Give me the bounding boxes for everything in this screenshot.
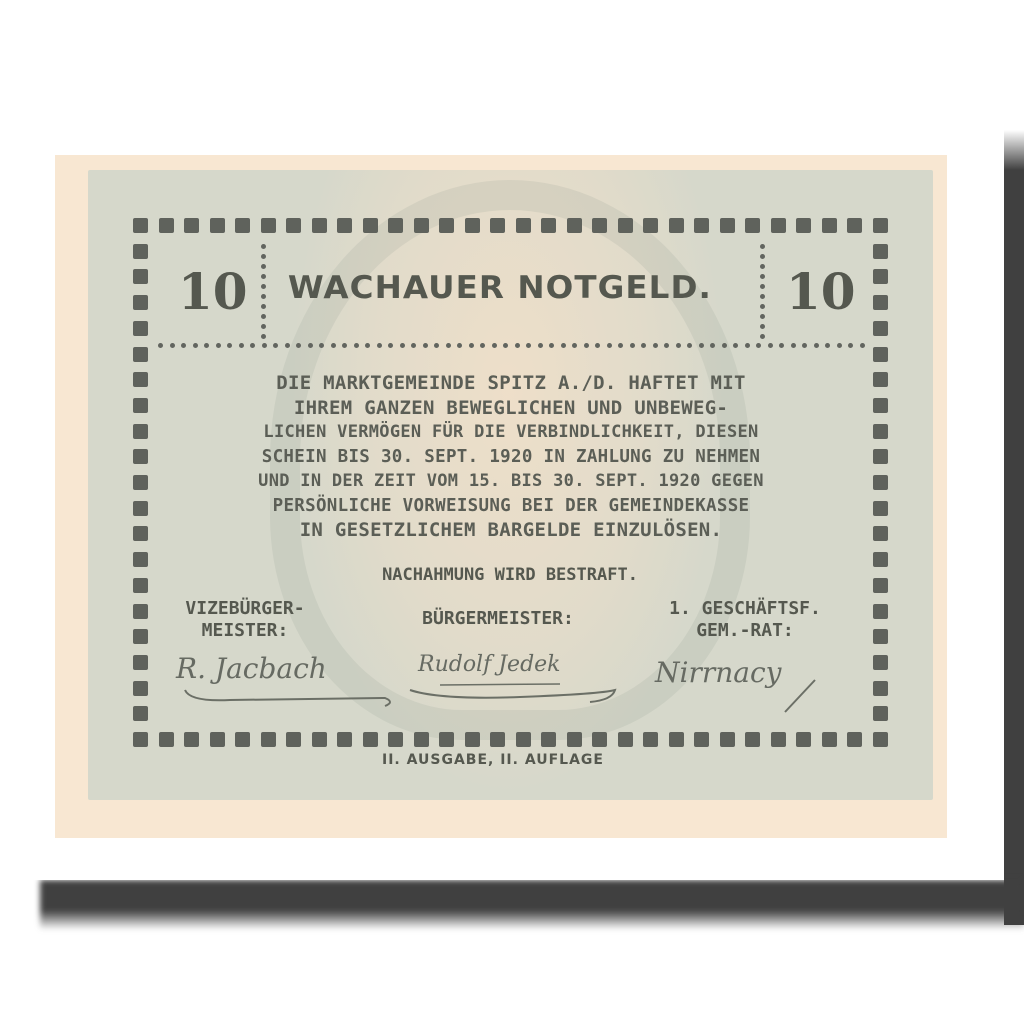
signature-vice-mayor: R. Jacbach: [176, 652, 327, 685]
border-square: [159, 732, 174, 747]
border-square: [337, 218, 352, 233]
divider-dot: [469, 343, 474, 348]
border-square: [592, 218, 607, 233]
divider-dot: [760, 314, 765, 319]
divider-dot: [676, 343, 681, 348]
signatory-title-line: MEISTER:: [170, 620, 320, 642]
border-square: [669, 732, 684, 747]
divider-dot: [848, 343, 853, 348]
border-square: [873, 269, 888, 284]
photo-shadow-bottom: [40, 880, 1024, 930]
border-square: [694, 218, 709, 233]
border-square: [873, 655, 888, 670]
border-square: [312, 732, 327, 747]
divider-dot: [261, 324, 266, 329]
divider-dot: [193, 343, 198, 348]
border-square: [618, 218, 633, 233]
border-square: [643, 218, 658, 233]
border-square: [133, 244, 148, 259]
border-square: [873, 604, 888, 619]
border-square: [771, 732, 786, 747]
divider-dot: [733, 343, 738, 348]
divider-dot: [760, 304, 765, 309]
border-square: [235, 732, 250, 747]
divider-dot: [760, 264, 765, 269]
divider-dot: [760, 294, 765, 299]
border-square: [822, 218, 837, 233]
divider-dot: [308, 343, 313, 348]
border-square: [133, 347, 148, 362]
border-square: [873, 218, 888, 233]
divider-dot: [181, 343, 186, 348]
divider-dot: [227, 343, 232, 348]
edition-label: II. AUSGABE, II. AUFLAGE: [382, 752, 604, 768]
border-square: [133, 681, 148, 696]
divider-dot: [641, 343, 646, 348]
signature-mayor: Rudolf Jedek: [418, 652, 561, 677]
border-square: [363, 732, 378, 747]
liability-statement: DIE MARKTGEMEINDE SPITZ A./D. HAFTET MIT…: [176, 371, 846, 543]
divider-dot: [216, 343, 221, 348]
border-square: [133, 655, 148, 670]
divider-dot: [503, 343, 508, 348]
divider-dot: [492, 343, 497, 348]
divider-dot: [480, 343, 485, 348]
divider-dot: [319, 343, 324, 348]
border-square: [439, 218, 454, 233]
border-square: [516, 218, 531, 233]
divider-dot: [239, 343, 244, 348]
signatory-title-line: VIZEBÜRGER-: [170, 598, 320, 620]
signatory-title-council: 1. GESCHÄFTSF. GEM.-RAT:: [650, 598, 840, 642]
divider-dot: [204, 343, 209, 348]
divider-dot: [791, 343, 796, 348]
border-square: [873, 295, 888, 310]
statement-line: DIE MARKTGEMEINDE SPITZ A./D. HAFTET MIT: [176, 371, 846, 396]
border-square: [133, 372, 148, 387]
border-square: [541, 732, 556, 747]
divider-dot: [699, 343, 704, 348]
border-square: [133, 218, 148, 233]
border-square: [159, 218, 174, 233]
border-square: [873, 449, 888, 464]
divider-dot: [262, 343, 267, 348]
border-square: [720, 732, 735, 747]
divider-dot: [538, 343, 543, 348]
photo-shadow-right: [1004, 130, 1024, 925]
divider-dot: [760, 244, 765, 249]
denomination-left: 10: [178, 262, 248, 321]
border-square: [873, 681, 888, 696]
divider-dot: [664, 343, 669, 348]
divider-dot: [331, 343, 336, 348]
divider-dot: [768, 343, 773, 348]
border-square: [669, 218, 684, 233]
divider-dot: [630, 343, 635, 348]
border-square: [286, 218, 301, 233]
border-square: [388, 732, 403, 747]
border-square: [133, 269, 148, 284]
divider-dot: [261, 284, 266, 289]
divider-dot: [261, 314, 266, 319]
divider-dot: [261, 304, 266, 309]
statement-line: SCHEIN BIS 30. SEPT. 1920 IN ZAHLUNG ZU …: [176, 445, 846, 470]
statement-line: IN GESETZLICHEM BARGELDE EINZULÖSEN.: [176, 518, 846, 543]
divider-dot: [760, 254, 765, 259]
signature-council: Nirrnacy: [655, 656, 781, 689]
border-square: [133, 629, 148, 644]
divider-dot: [273, 343, 278, 348]
divider-dot: [745, 343, 750, 348]
border-square: [847, 732, 862, 747]
border-square: [873, 424, 888, 439]
divider-dot: [710, 343, 715, 348]
border-square: [873, 578, 888, 593]
border-square: [133, 424, 148, 439]
divider-dot: [561, 343, 566, 348]
border-square: [873, 732, 888, 747]
border-square: [133, 578, 148, 593]
divider-dot: [860, 343, 865, 348]
signatory-title-mayor: BÜRGERMEISTER:: [378, 608, 618, 630]
divider-dot: [572, 343, 577, 348]
border-square: [133, 449, 148, 464]
border-square: [439, 732, 454, 747]
statement-line: PERSÖNLICHE VORWEISUNG BEI DER GEMEINDEK…: [176, 494, 846, 519]
divider-dot: [170, 343, 175, 348]
border-square: [210, 732, 225, 747]
border-square: [796, 732, 811, 747]
border-square: [541, 218, 556, 233]
border-square: [235, 218, 250, 233]
divider-dot: [760, 324, 765, 329]
border-square: [414, 218, 429, 233]
divider-dot: [687, 343, 692, 348]
border-square: [465, 218, 480, 233]
divider-dot: [400, 343, 405, 348]
border-square: [516, 732, 531, 747]
border-square: [133, 732, 148, 747]
border-square: [720, 218, 735, 233]
border-square: [133, 552, 148, 567]
divider-dot: [526, 343, 531, 348]
border-square: [592, 732, 607, 747]
border-square: [133, 295, 148, 310]
border-square: [567, 218, 582, 233]
divider-dot: [285, 343, 290, 348]
border-square: [873, 347, 888, 362]
border-square: [567, 732, 582, 747]
divider-dot: [825, 343, 830, 348]
divider-dot: [261, 244, 266, 249]
counterfeit-warning: NACHAHMUNG WIRD BESTRAFT.: [300, 564, 720, 586]
border-square: [261, 732, 276, 747]
divider-dot: [779, 343, 784, 348]
statement-line: LICHEN VERMÖGEN FÜR DIE VERBINDLICHKEIT,…: [176, 420, 846, 445]
divider-dot: [457, 343, 462, 348]
divider-dot: [261, 334, 266, 339]
divider-dot: [388, 343, 393, 348]
divider-dot: [760, 334, 765, 339]
border-square: [133, 475, 148, 490]
border-square: [337, 732, 352, 747]
divider-dot: [261, 254, 266, 259]
divider-dot: [261, 274, 266, 279]
statement-line: IHREM GANZEN BEWEGLICHEN UND UNBEWEG-: [176, 396, 846, 421]
border-square: [133, 398, 148, 413]
divider-dot: [342, 343, 347, 348]
border-square: [133, 526, 148, 541]
divider-dot: [584, 343, 589, 348]
border-square: [873, 706, 888, 721]
border-square: [210, 218, 225, 233]
divider-dot: [515, 343, 520, 348]
divider-dot: [158, 343, 163, 348]
divider-dot: [446, 343, 451, 348]
border-square: [261, 218, 276, 233]
border-square: [873, 501, 888, 516]
divider-dot: [814, 343, 819, 348]
divider-dot: [760, 284, 765, 289]
divider-dot: [423, 343, 428, 348]
border-square: [771, 218, 786, 233]
divider-dot: [261, 294, 266, 299]
border-square: [286, 732, 301, 747]
border-square: [873, 475, 888, 490]
note-title: WACHAUER NOTGELD.: [288, 270, 712, 306]
border-square: [847, 218, 862, 233]
border-square: [490, 218, 505, 233]
divider-dot: [607, 343, 612, 348]
border-square: [643, 732, 658, 747]
border-square: [873, 398, 888, 413]
divider-dot: [653, 343, 658, 348]
divider-dot: [549, 343, 554, 348]
divider-dot: [365, 343, 370, 348]
signatory-title-line: 1. GESCHÄFTSF.: [650, 598, 840, 620]
signatory-title-vice-mayor: VIZEBÜRGER- MEISTER:: [170, 598, 320, 642]
divider-dot: [411, 343, 416, 348]
border-square: [873, 321, 888, 336]
border-square: [184, 218, 199, 233]
border-square: [184, 732, 199, 747]
border-square: [133, 501, 148, 516]
border-square: [312, 218, 327, 233]
signatory-title-line: BÜRGERMEISTER:: [378, 608, 618, 630]
border-square: [873, 526, 888, 541]
divider-dot: [618, 343, 623, 348]
divider-dot: [434, 343, 439, 348]
divider-dot: [250, 343, 255, 348]
border-square: [745, 218, 760, 233]
border-square: [363, 218, 378, 233]
border-square: [745, 732, 760, 747]
border-square: [618, 732, 633, 747]
border-square: [388, 218, 403, 233]
border-square: [133, 706, 148, 721]
border-square: [465, 732, 480, 747]
border-square: [873, 372, 888, 387]
border-square: [490, 732, 505, 747]
border-square: [414, 732, 429, 747]
denomination-right: 10: [786, 262, 856, 321]
border-square: [873, 552, 888, 567]
border-square: [133, 604, 148, 619]
border-square: [873, 244, 888, 259]
border-square: [796, 218, 811, 233]
border-square: [694, 732, 709, 747]
divider-dot: [377, 343, 382, 348]
signatory-title-line: GEM.-RAT:: [650, 620, 840, 642]
divider-dot: [354, 343, 359, 348]
divider-dot: [722, 343, 727, 348]
border-square: [133, 321, 148, 336]
divider-dot: [802, 343, 807, 348]
divider-dot: [296, 343, 301, 348]
divider-dot: [756, 343, 761, 348]
divider-dot: [261, 264, 266, 269]
divider-dot: [595, 343, 600, 348]
border-square: [873, 629, 888, 644]
statement-line: UND IN DER ZEIT VOM 15. BIS 30. SEPT. 19…: [176, 469, 846, 494]
divider-dot: [760, 274, 765, 279]
border-square: [822, 732, 837, 747]
divider-dot: [837, 343, 842, 348]
